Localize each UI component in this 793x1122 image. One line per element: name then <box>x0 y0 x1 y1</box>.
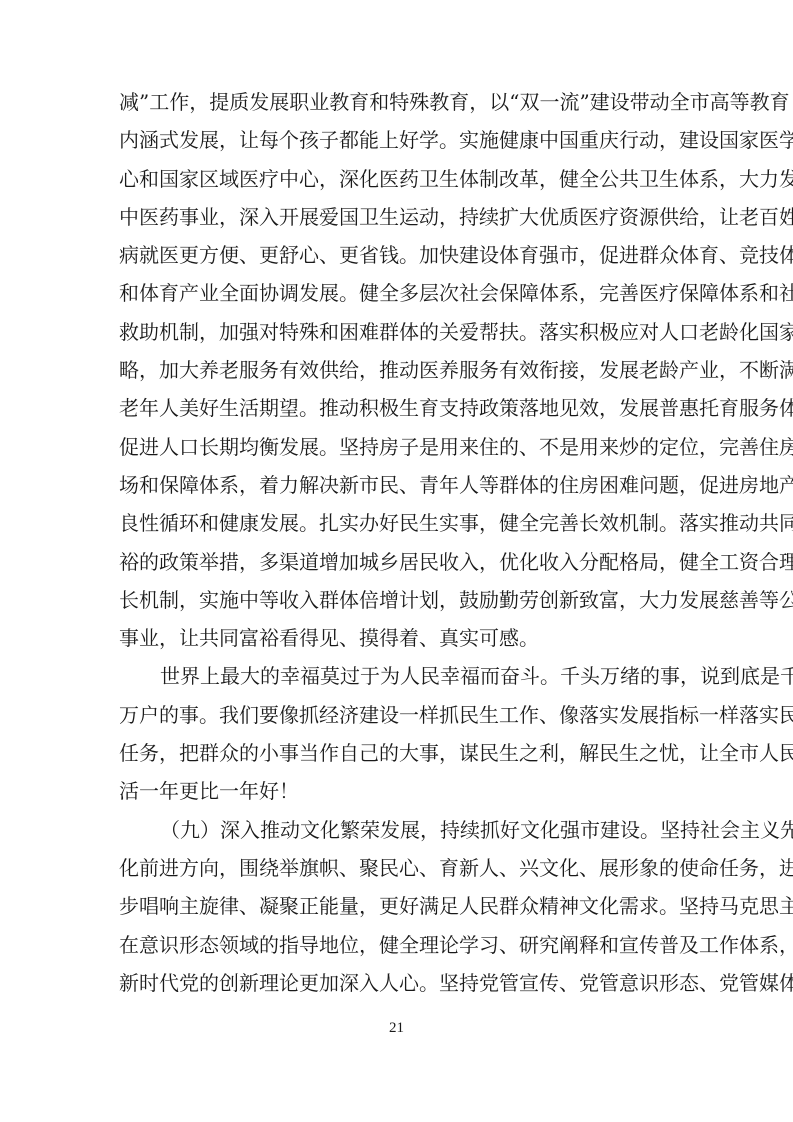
text-line: 长机制，实施中等收入群体倍增计划，鼓励勤劳创新致富，大力发展慈善等公益 <box>119 581 673 619</box>
text-line: 略，加大养老服务有效供给，推动医养服务有效衔接，发展老龄产业，不断满足 <box>119 351 673 389</box>
paragraph-happiness: 世界上最大的幸福莫过于为人民幸福而奋斗。千头万绪的事，说到底是千家 万户的事。我… <box>119 657 673 810</box>
text-line: 新时代党的创新理论更加深入人心。坚持党管宣传、党管意识形态、党管媒体， <box>119 964 673 1002</box>
page-number: 21 <box>0 1020 793 1037</box>
paragraph-culture: （九）深入推动文化繁荣发展，持续抓好文化强市建设。坚持社会主义先进文 化前进方向… <box>119 811 673 1002</box>
text-line: 世界上最大的幸福莫过于为人民幸福而奋斗。千头万绪的事，说到底是千家 <box>119 657 673 695</box>
text-line: 减”工作，提质发展职业教育和特殊教育，以“双一流”建设带动全市高等教育 <box>119 83 673 121</box>
text-line: 救助机制，加强对特殊和困难群体的关爱帮扶。落实积极应对人口老龄化国家战 <box>119 313 673 351</box>
text-line: 中医药事业，深入开展爱国卫生运动，持续扩大优质医疗资源供给，让老百姓看 <box>119 198 673 236</box>
text-line: 万户的事。我们要像抓经济建设一样抓民生工作、像落实发展指标一样落实民生 <box>119 696 673 734</box>
text-line: 心和国家区域医疗中心，深化医药卫生体制改革，健全公共卫生体系，大力发展 <box>119 160 673 198</box>
text-line: 良性循环和健康发展。扎实办好民生实事，健全完善长效机制。落实推动共同富 <box>119 504 673 542</box>
text-line: 任务，把群众的小事当作自己的大事，谋民生之利，解民生之忧，让全市人民生 <box>119 734 673 772</box>
text-line: 场和保障体系，着力解决新市民、青年人等群体的住房困难问题，促进房地产业 <box>119 466 673 504</box>
body-text: 减”工作，提质发展职业教育和特殊教育，以“双一流”建设带动全市高等教育 内涵式发… <box>119 83 673 1002</box>
text-line: 促进人口长期均衡发展。坚持房子是用来住的、不是用来炒的定位，完善住房市 <box>119 428 673 466</box>
text-line: 化前进方向，围绕举旗帜、聚民心、育新人、兴文化、展形象的使命任务，进一 <box>119 849 673 887</box>
paragraph-social-welfare: 减”工作，提质发展职业教育和特殊教育，以“双一流”建设带动全市高等教育 内涵式发… <box>119 83 673 657</box>
text-line: 在意识形态领域的指导地位，健全理论学习、研究阐释和宣传普及工作体系，让 <box>119 926 673 964</box>
document-page: 减”工作，提质发展职业教育和特殊教育，以“双一流”建设带动全市高等教育 内涵式发… <box>0 0 793 1122</box>
text-line: 病就医更方便、更舒心、更省钱。加快建设体育强市，促进群众体育、竞技体育 <box>119 236 673 274</box>
text-line: 老年人美好生活期望。推动积极生育支持政策落地见效，发展普惠托育服务体系， <box>119 389 673 427</box>
section-heading-line: （九）深入推动文化繁荣发展，持续抓好文化强市建设。坚持社会主义先进文 <box>119 811 673 849</box>
text-line: 步唱响主旋律、凝聚正能量，更好满足人民群众精神文化需求。坚持马克思主义 <box>119 887 673 925</box>
text-line: 活一年更比一年好！ <box>119 772 673 810</box>
text-line: 和体育产业全面协调发展。健全多层次社会保障体系，完善医疗保障体系和社会 <box>119 274 673 312</box>
text-line: 内涵式发展，让每个孩子都能上好学。实施健康中国重庆行动，建设国家医学中 <box>119 121 673 159</box>
text-line: 裕的政策举措，多渠道增加城乡居民收入，优化收入分配格局，健全工资合理增 <box>119 543 673 581</box>
text-line: 事业，让共同富裕看得见、摸得着、真实可感。 <box>119 619 673 657</box>
